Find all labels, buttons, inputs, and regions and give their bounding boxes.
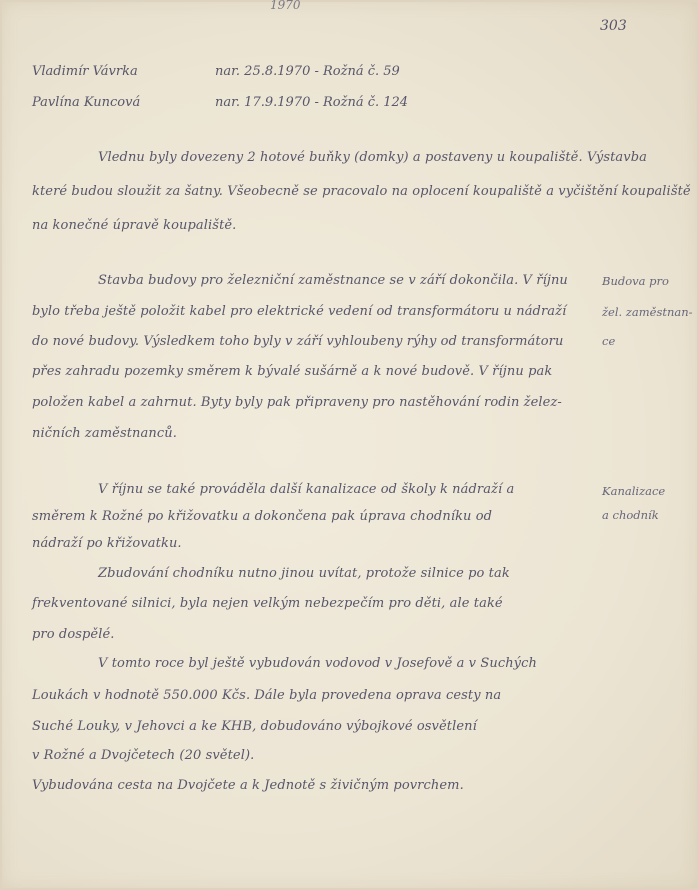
margin-note: a chodník <box>602 508 659 522</box>
text-line: V tomto roce byl ještě vybudován vodovod… <box>98 656 537 671</box>
text-line: které budou sloužit za šatny. Všeobecně … <box>32 184 691 199</box>
margin-note: ce <box>602 334 615 348</box>
text-line: V říjnu se také prováděla další kanaliza… <box>98 482 514 497</box>
text-line: Vlednu byly dovezeny 2 hotové buňky (dom… <box>98 150 647 165</box>
text-line: na konečné úpravě koupaliště. <box>32 218 236 233</box>
text-line: Suché Louky, v Jehovci a ke KHB, dobudov… <box>32 719 477 734</box>
birth-name: Vladimír Vávrka <box>32 64 138 79</box>
document-page: 1970 303 Vladimír Vávrka nar. 25.8.1970 … <box>0 0 699 890</box>
year-header: 1970 <box>270 0 301 12</box>
margin-note: Kanalizace <box>602 484 665 498</box>
birth-name: Pavlína Kuncová <box>32 95 140 110</box>
text-line: pro dospělé. <box>32 627 115 642</box>
birth-info: nar. 17.9.1970 - Rožná č. 124 <box>215 95 408 110</box>
text-line: Vybudována cesta na Dvojčete a k Jednotě… <box>32 778 464 793</box>
margin-note: Budova pro <box>602 274 669 288</box>
page-number: 303 <box>600 18 627 34</box>
text-line: do nové budovy. Výsledkem toho byly v zá… <box>32 334 563 349</box>
text-line: Loukách v hodnotě 550.000 Kčs. Dále byla… <box>32 688 501 703</box>
text-line: Stavba budovy pro železniční zaměstnance… <box>98 273 568 288</box>
text-line: v Rožné a Dvojčetech (20 světel). <box>32 748 254 763</box>
text-line: Zbudování chodníku nutno jinou uvítat, p… <box>98 566 510 581</box>
text-line: položen kabel a zahrnut. Byty byly pak p… <box>32 395 562 410</box>
text-line: bylo třeba ještě položit kabel pro elekt… <box>32 304 566 319</box>
text-line: frekventované silnici, byla nejen velkým… <box>32 596 503 611</box>
text-line: ničních zaměstnanců. <box>32 426 177 441</box>
text-line: nádraží po křižovatku. <box>32 536 182 551</box>
birth-info: nar. 25.8.1970 - Rožná č. 59 <box>215 64 400 79</box>
text-line: přes zahradu pozemky směrem k bývalé suš… <box>32 364 552 379</box>
margin-note: žel. zaměstnan- <box>602 305 693 319</box>
text-line: směrem k Rožné po křižovatku a dokončena… <box>32 509 492 524</box>
